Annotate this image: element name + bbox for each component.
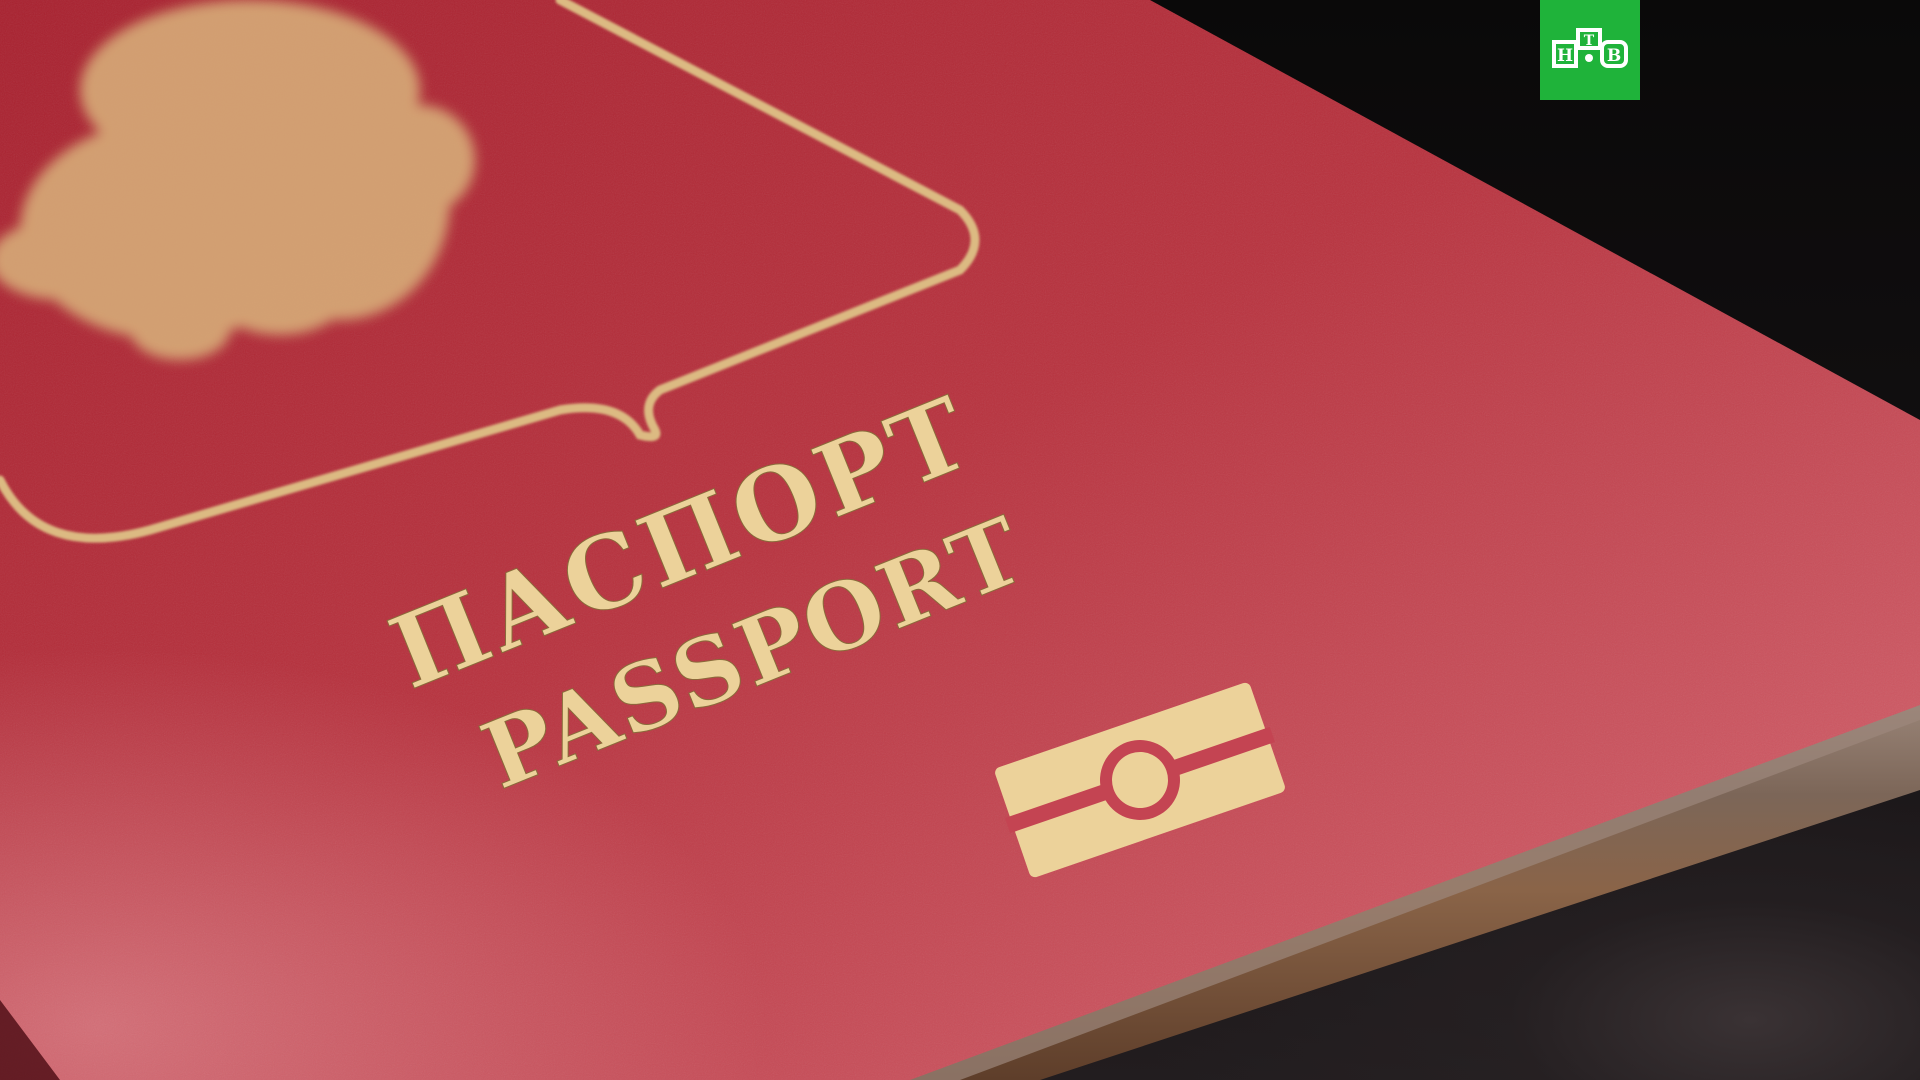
svg-text:Т: Т bbox=[1584, 33, 1595, 49]
ntv-logo-icon: Н Т В НТВ bbox=[1550, 20, 1630, 80]
ntv-logo: Н Т В НТВ bbox=[1540, 0, 1640, 100]
svg-text:В: В bbox=[1607, 46, 1621, 66]
passport-photo: ПАСПОРТ PASSPORT Н Т В НТВ bbox=[0, 0, 1920, 1080]
svg-text:Н: Н bbox=[1557, 46, 1573, 66]
passport-cover: ПАСПОРТ PASSPORT bbox=[0, 0, 1920, 1080]
